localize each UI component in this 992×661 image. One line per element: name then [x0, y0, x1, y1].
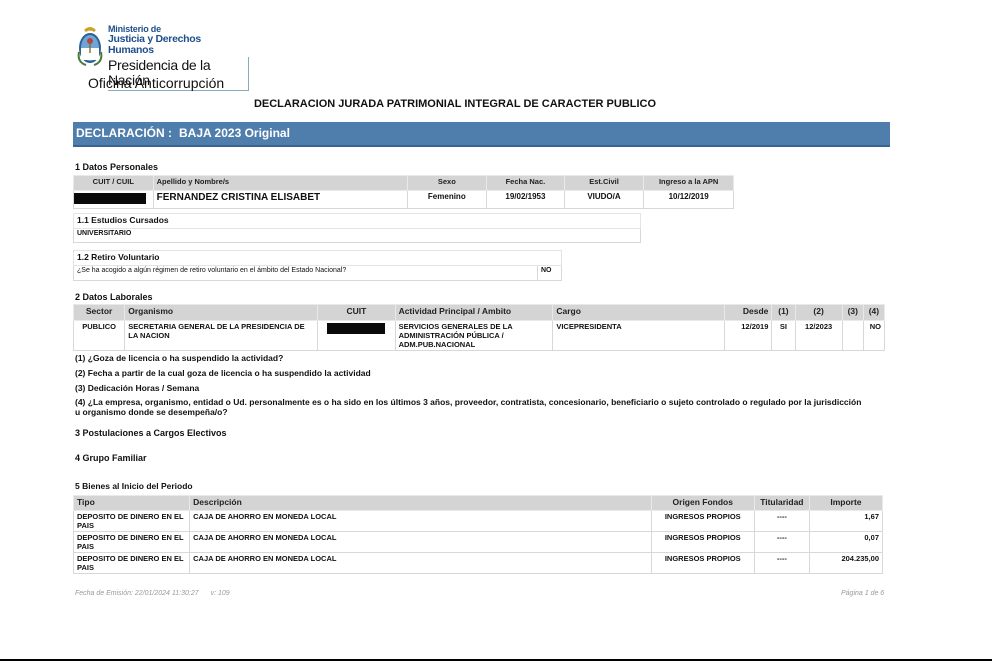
- section-bienes-title: 5 Bienes al Inicio del Periodo: [75, 481, 193, 491]
- labor-desde: 12/2019: [725, 321, 772, 351]
- labor-actividad: SERVICIOS GENERALES DE LA ADMINISTRACIÓN…: [395, 321, 553, 351]
- footer-emission: Fecha de Emisión: 22/01/2024 11:30:27 v:…: [75, 590, 230, 597]
- labor-note-3: (3) Dedicación Horas / Semana: [75, 383, 199, 393]
- labor-sector: PUBLICO: [74, 321, 125, 351]
- bienes-importe: 0,07: [809, 532, 882, 553]
- labor-note-1: (1) ¿Goza de licencia o ha suspendido la…: [75, 353, 283, 363]
- studies-table: 1.1 Estudios Cursados UNIVERSITARIO: [73, 213, 641, 243]
- bienes-tipo: DEPOSITO DE DINERO EN EL PAIS: [74, 532, 190, 553]
- labor-col4: NO: [863, 321, 884, 351]
- declaration-value: BAJA 2023 Original: [179, 126, 290, 140]
- section-postulaciones-title: 3 Postulaciones a Cargos Electivos: [75, 428, 227, 438]
- argentina-coat-of-arms-icon: [76, 24, 104, 68]
- redacted-cuit: [74, 193, 146, 204]
- header-col1: (1): [772, 305, 795, 321]
- header-col3: (3): [842, 305, 863, 321]
- ministry-logo: Ministerio de Justicia y Derechos Humano…: [74, 22, 249, 72]
- header-col4: (4): [863, 305, 884, 321]
- retiro-question: ¿Se ha acogido a algún régimen de retiro…: [74, 266, 538, 281]
- emission-date: Fecha de Emisión: 22/01/2024 11:30:27: [75, 590, 199, 597]
- personal-fecha-nac: 19/02/1953: [487, 191, 565, 209]
- bienes-importe: 1,67: [809, 511, 882, 532]
- version: v: 109: [211, 590, 230, 597]
- personal-table: CUIT / CUIL Apellido y Nombre/s Sexo Fec…: [73, 175, 734, 209]
- header-est-civil: Est.Civil: [564, 176, 644, 191]
- declaration-label: DECLARACIÓN :: [76, 126, 172, 140]
- header-origen: Origen Fondos: [651, 496, 754, 511]
- personal-est-civil: VIUDO/A: [564, 191, 644, 209]
- bienes-tipo: DEPOSITO DE DINERO EN EL PAIS: [74, 553, 190, 574]
- header-sector: Sector: [74, 305, 125, 321]
- labor-col2: 12/2023: [795, 321, 842, 351]
- labor-note-2: (2) Fecha a partir de la cual goza de li…: [75, 368, 371, 378]
- header-descripcion: Descripción: [190, 496, 652, 511]
- bienes-row: DEPOSITO DE DINERO EN EL PAIS CAJA DE AH…: [74, 511, 883, 532]
- personal-name: FERNANDEZ CRISTINA ELISABET: [153, 191, 407, 209]
- header-organismo: Organismo: [125, 305, 318, 321]
- bienes-table: Tipo Descripción Origen Fondos Titularid…: [73, 495, 883, 574]
- page-number: Página 1 de 6: [841, 590, 884, 597]
- labor-note-4: (4) ¿La empresa, organismo, entidad o Ud…: [75, 397, 865, 417]
- personal-ingreso: 10/12/2019: [644, 191, 734, 209]
- header-col2: (2): [795, 305, 842, 321]
- labor-col3: [842, 321, 863, 351]
- bienes-descripcion: CAJA DE AHORRO EN MONEDA LOCAL: [190, 511, 652, 532]
- bienes-row: DEPOSITO DE DINERO EN EL PAIS CAJA DE AH…: [74, 553, 883, 574]
- header-name: Apellido y Nombre/s: [153, 176, 407, 191]
- bienes-origen: INGRESOS PROPIOS: [651, 532, 754, 553]
- header-fecha-nac: Fecha Nac.: [487, 176, 565, 191]
- header-labor-cuit: CUIT: [318, 305, 395, 321]
- bienes-titularidad: ----: [754, 553, 809, 574]
- logo-line-2: Justicia y Derechos Humanos: [108, 34, 249, 56]
- header-tipo: Tipo: [74, 496, 190, 511]
- labor-table: Sector Organismo CUIT Actividad Principa…: [73, 304, 885, 351]
- retiro-table: 1.2 Retiro Voluntario ¿Se ha acogido a a…: [73, 250, 562, 281]
- labor-cargo: VICEPRESIDENTA: [553, 321, 725, 351]
- office-name: Oficina Anticorrupción: [88, 75, 224, 91]
- bienes-titularidad: ----: [754, 511, 809, 532]
- bienes-tipo: DEPOSITO DE DINERO EN EL PAIS: [74, 511, 190, 532]
- bienes-importe: 204.235,00: [809, 553, 882, 574]
- header-cargo: Cargo: [553, 305, 725, 321]
- bienes-origen: INGRESOS PROPIOS: [651, 511, 754, 532]
- header-actividad: Actividad Principal / Ambito: [395, 305, 553, 321]
- declaration-bar: DECLARACIÓN :BAJA 2023 Original: [73, 122, 890, 147]
- bienes-descripcion: CAJA DE AHORRO EN MONEDA LOCAL: [190, 553, 652, 574]
- labor-organismo: SECRETARIA GENERAL DE LA PRESIDENCIA DE …: [125, 321, 318, 351]
- section-familia-title: 4 Grupo Familiar: [75, 453, 147, 463]
- labor-row: PUBLICO SECRETARIA GENERAL DE LA PRESIDE…: [74, 321, 885, 351]
- studies-value: UNIVERSITARIO: [74, 229, 641, 243]
- header-sexo: Sexo: [407, 176, 487, 191]
- redacted-labor-cuit: [327, 323, 385, 334]
- bienes-titularidad: ----: [754, 532, 809, 553]
- bienes-descripcion: CAJA DE AHORRO EN MONEDA LOCAL: [190, 532, 652, 553]
- section-personal-title: 1 Datos Personales: [75, 162, 158, 172]
- section-labor-title: 2 Datos Laborales: [75, 292, 153, 302]
- header-cuit: CUIT / CUIL: [74, 176, 154, 191]
- header-desde: Desde: [725, 305, 772, 321]
- labor-col1: SI: [772, 321, 795, 351]
- bienes-origen: INGRESOS PROPIOS: [651, 553, 754, 574]
- header-titularidad: Titularidad: [754, 496, 809, 511]
- personal-sexo: Femenino: [407, 191, 487, 209]
- bienes-row: DEPOSITO DE DINERO EN EL PAIS CAJA DE AH…: [74, 532, 883, 553]
- document-title: DECLARACION JURADA PATRIMONIAL INTEGRAL …: [0, 98, 910, 110]
- section-studies-title: 1.1 Estudios Cursados: [74, 214, 641, 229]
- section-retiro-title: 1.2 Retiro Voluntario: [74, 251, 562, 266]
- header-importe: Importe: [809, 496, 882, 511]
- retiro-answer: NO: [538, 266, 562, 281]
- header-ingreso: Ingreso a la APN: [644, 176, 734, 191]
